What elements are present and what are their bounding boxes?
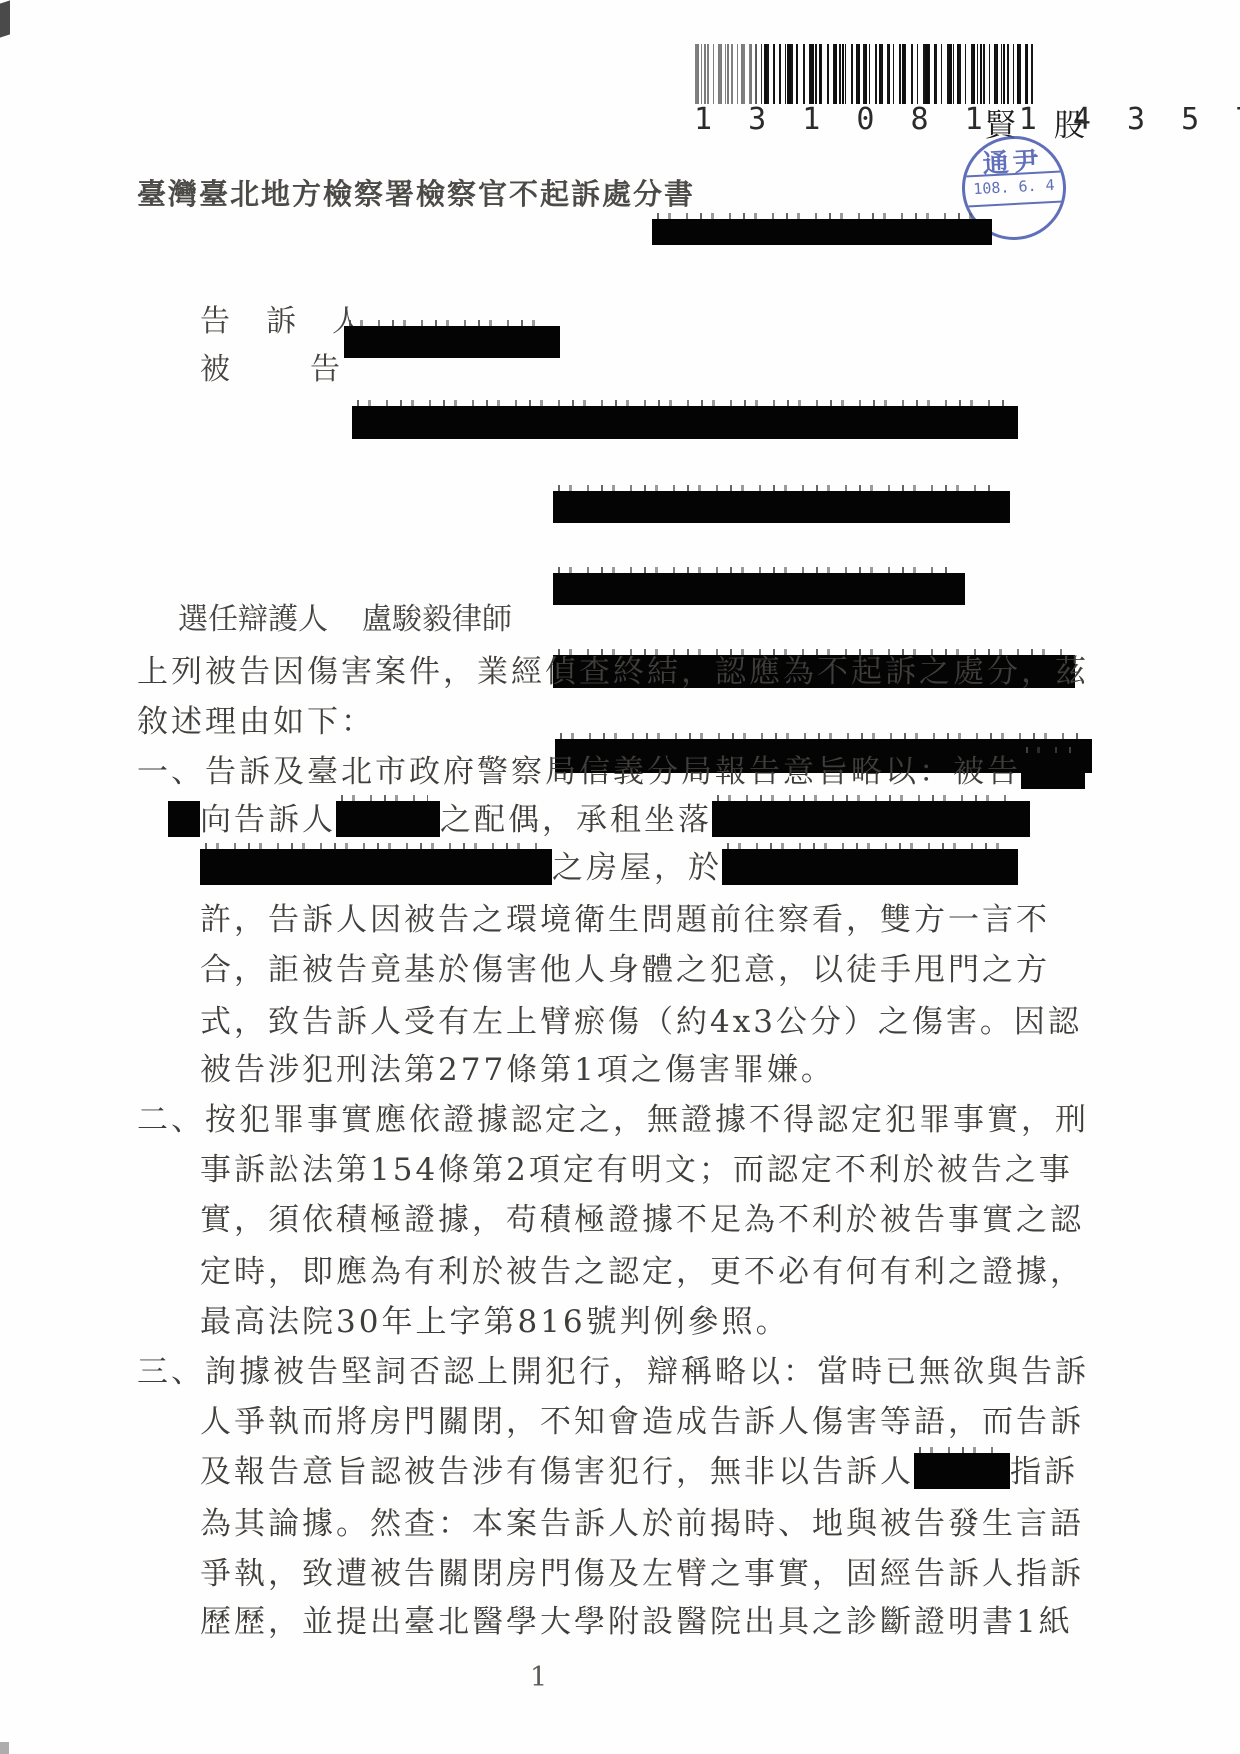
- text-line: 許，告訴人因被告之環境衛生問題前往察看，雙方一言不: [200, 900, 1050, 940]
- text-line: 定時，即應為有利於被告之認定，更不必有何有利之證據，: [200, 1252, 1084, 1292]
- text-line: 及報告意旨認被告涉有傷害犯行，無非以告訴人指訴: [200, 1452, 1078, 1492]
- text-segment: 之房屋，於: [552, 850, 722, 886]
- redaction-bar: [652, 219, 992, 245]
- text-line: 之房屋，於: [200, 848, 1018, 888]
- stamp-divider-line: [962, 200, 1068, 208]
- scan-artifact-top-left: [0, 0, 10, 37]
- text-segment: 上列被告因傷害案件，業經偵查終結，認應為不起訴之處分，茲: [137, 654, 1089, 690]
- text-line: 爭執，致遭被告關閉房門傷及左臂之事實，固經告訴人指訴: [200, 1554, 1084, 1594]
- barcode: [695, 44, 1033, 104]
- text-line: 實，須依積極證據，苟積極證據不足為不利於被告事實之認: [200, 1200, 1084, 1240]
- text-line: 向告訴人之配偶，承租坐落: [168, 800, 1030, 840]
- redaction-bar: [344, 326, 560, 358]
- text-segment: 指訴: [1010, 1454, 1078, 1490]
- text-line: 最高法院30年上字第816號判例參照。: [200, 1302, 790, 1342]
- text-segment: 及報告意旨認被告涉有傷害犯行，無非以告訴人: [200, 1454, 914, 1490]
- redaction-bar: [352, 406, 1018, 439]
- text-segment: 敘述理由如下：: [137, 704, 375, 740]
- text-segment: 人爭執而將房門關閉，不知會造成告訴人傷害等語，而告訴: [200, 1404, 1084, 1440]
- text-line: 事訴訟法第154條第2項定有明文；而認定不利於被告之事: [200, 1150, 1073, 1190]
- redaction-bar: [553, 491, 1010, 523]
- page-number: 1: [530, 1662, 547, 1693]
- text-segment: 最高法院30年上字第816號判例參照。: [200, 1304, 790, 1340]
- text-segment: 為其論據。然查：本案告訴人於前揭時、地與被告發生言語: [200, 1506, 1084, 1542]
- counsel-label: 選任辯護人: [178, 602, 328, 637]
- document-page: 1 3 1 0 8 1 1 4 3 5 7 賢 股 通尹 108. 6. 4 臺…: [0, 0, 1240, 1754]
- redaction-bar: [553, 573, 965, 605]
- text-segment: 二、按犯罪事實應依證據認定之，無證據不得認定犯罪事實，刑: [137, 1102, 1089, 1138]
- inline-redaction: [1021, 753, 1085, 789]
- text-line: 人爭執而將房門關閉，不知會造成告訴人傷害等語，而告訴: [200, 1402, 1084, 1442]
- text-line: 歷歷，並提出臺北醫學大學附設醫院出具之診斷證明書1紙: [200, 1602, 1073, 1642]
- text-line: 上列被告因傷害案件，業經偵查終結，認應為不起訴之處分，茲: [137, 652, 1089, 692]
- inline-redaction: [336, 801, 440, 837]
- text-segment: 三、詢據被告堅詞否認上開犯行，辯稱略以：當時已無欲與告訴: [137, 1354, 1089, 1390]
- text-segment: 歷歷，並提出臺北醫學大學附設醫院出具之診斷證明書1紙: [200, 1604, 1073, 1640]
- text-line: 合，詎被告竟基於傷害他人身體之犯意，以徒手甩門之方: [200, 950, 1050, 990]
- text-segment: 一、告訴及臺北市政府警察局信義分局報告意旨略以：被告: [137, 754, 1021, 790]
- barcode-number: 1 3 1 0 8 1 1 4 3 5 7: [694, 102, 994, 137]
- text-segment: 被告涉犯刑法第277條第1項之傷害罪嫌。: [200, 1052, 835, 1088]
- text-segment: 式，致告訴人受有左上臂瘀傷（約4x3公分）之傷害。因認: [200, 1004, 1082, 1040]
- stamp-date: 108. 6. 4: [965, 175, 1064, 198]
- text-segment: 合，詎被告竟基於傷害他人身體之犯意，以徒手甩門之方: [200, 952, 1050, 988]
- inline-redaction: [914, 1453, 1010, 1489]
- document-title: 臺灣臺北地方檢察署檢察官不起訴處分書: [137, 172, 695, 213]
- text-line: 三、詢據被告堅詞否認上開犯行，辯稱略以：當時已無欲與告訴: [137, 1352, 1089, 1392]
- text-line: 敘述理由如下：: [137, 702, 375, 742]
- inline-redaction: [712, 801, 1030, 837]
- text-segment: 事訴訟法第154條第2項定有明文；而認定不利於被告之事: [200, 1152, 1073, 1188]
- text-line: 一、告訴及臺北市政府警察局信義分局報告意旨略以：被告: [137, 752, 1085, 792]
- text-line: 式，致告訴人受有左上臂瘀傷（約4x3公分）之傷害。因認: [200, 1002, 1082, 1042]
- text-segment: 爭執，致遭被告關閉房門傷及左臂之事實，固經告訴人指訴: [200, 1556, 1084, 1592]
- text-segment: 之配偶，承租坐落: [440, 802, 712, 838]
- text-segment: 定時，即應為有利於被告之認定，更不必有何有利之證據，: [200, 1254, 1084, 1290]
- text-segment: 實，須依積極證據，苟積極證據不足為不利於被告事實之認: [200, 1202, 1084, 1238]
- text-line: 被告涉犯刑法第277條第1項之傷害罪嫌。: [200, 1050, 835, 1090]
- scan-artifact-bottom-left: [0, 1742, 9, 1754]
- inline-redaction: [168, 801, 200, 837]
- inline-redaction: [722, 849, 1018, 885]
- text-line: 為其論據。然查：本案告訴人於前揭時、地與被告發生言語: [200, 1504, 1084, 1544]
- inline-redaction: [200, 849, 552, 885]
- counsel-name: 盧駿毅律師: [362, 602, 512, 637]
- text-line: 二、按犯罪事實應依證據認定之，無證據不得認定犯罪事實，刑: [137, 1100, 1089, 1140]
- counsel-row: 選任辯護人盧駿毅律師: [178, 594, 512, 638]
- text-segment: 向告訴人: [200, 802, 336, 838]
- text-segment: 許，告訴人因被告之環境衛生問題前往察看，雙方一言不: [200, 902, 1050, 938]
